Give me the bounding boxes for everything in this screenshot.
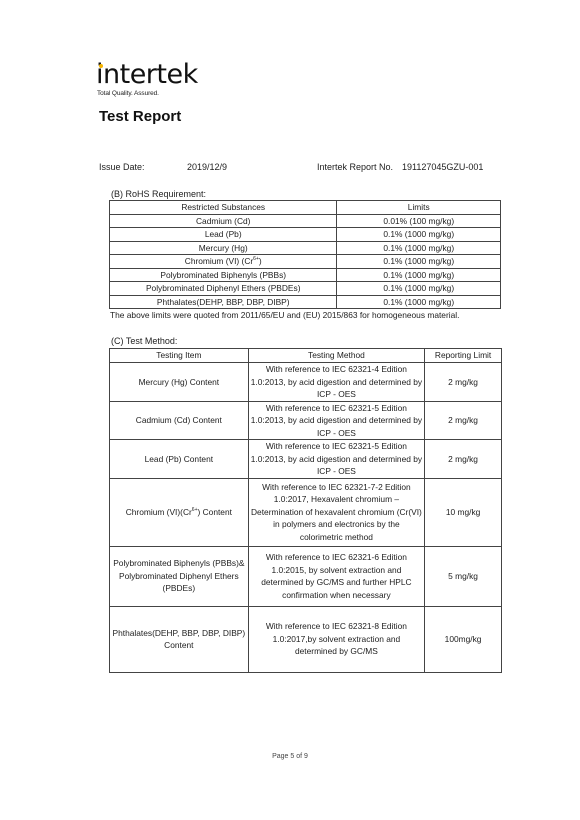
cell-text: Chromium (VI) (Cr — [185, 256, 253, 266]
report-no: 191127045GZU-001 — [402, 162, 483, 172]
method-section-label: (C) Test Method: — [111, 336, 177, 346]
test-method-table: Testing Item Testing Method Reporting Li… — [109, 348, 502, 673]
reporting-limit-cell: 5 mg/kg — [425, 546, 502, 606]
testing-item-cell: Lead (Pb) Content — [110, 440, 249, 479]
table-row: Chromium (VI)(Cr6+) ContentWith referenc… — [110, 478, 502, 546]
report-no-label: Intertek Report No. — [317, 162, 393, 172]
cell-text: Chromium (VI)(Cr — [126, 507, 192, 517]
logo-accent-dot — [99, 64, 103, 68]
substance-cell: Mercury (Hg) — [110, 241, 337, 255]
table-row: Polybrominated Biphenyls (PBBs)0.1% (100… — [110, 268, 501, 282]
rohs-section-label: (B) RoHS Requirement: — [111, 189, 206, 199]
cell-text: ) — [259, 256, 262, 266]
table-row: Mercury (Hg)0.1% (1000 mg/kg) — [110, 241, 501, 255]
reporting-limit-cell: 2 mg/kg — [425, 440, 502, 479]
testing-method-cell: With reference to IEC 62321-5 Edition 1.… — [248, 440, 424, 479]
table-row: Cadmium (Cd) ContentWith reference to IE… — [110, 401, 502, 440]
testing-method-cell: With reference to IEC 62321-8 Edition 1.… — [248, 606, 424, 672]
testing-item-cell: Chromium (VI)(Cr6+) Content — [110, 478, 249, 546]
table-row: Mercury (Hg) ContentWith reference to IE… — [110, 363, 502, 402]
testing-item-cell: Mercury (Hg) Content — [110, 363, 249, 402]
limit-cell: 0.1% (1000 mg/kg) — [337, 295, 501, 309]
substance-cell: Cadmium (Cd) — [110, 214, 337, 228]
table-row: Phthalates(DEHP, BBP, DBP, DIBP)0.1% (10… — [110, 295, 501, 309]
reporting-limit-cell: 2 mg/kg — [425, 363, 502, 402]
substance-cell: Chromium (VI) (Cr6+) — [110, 255, 337, 269]
column-header: Testing Method — [248, 349, 424, 363]
substance-cell: Phthalates(DEHP, BBP, DBP, DIBP) — [110, 295, 337, 309]
issue-date: 2019/12/9 — [187, 162, 227, 172]
limit-cell: 0.1% (1000 mg/kg) — [337, 268, 501, 282]
testing-method-cell: With reference to IEC 62321-6 Edition 1.… — [248, 546, 424, 606]
table-row: Lead (Pb) ContentWith reference to IEC 6… — [110, 440, 502, 479]
page-title: Test Report — [99, 108, 181, 125]
column-header: Reporting Limit — [425, 349, 502, 363]
limit-cell: 0.1% (1000 mg/kg) — [337, 228, 501, 242]
testing-item-cell: Polybrominated Biphenyls (PBBs)& Polybro… — [110, 546, 249, 606]
testing-item-cell: Cadmium (Cd) Content — [110, 401, 249, 440]
column-header: Limits — [337, 201, 501, 215]
column-header: Restricted Substances — [110, 201, 337, 215]
testing-item-cell: Phthalates(DEHP, BBP, DBP, DIBP) Content — [110, 606, 249, 672]
substance-cell: Polybrominated Biphenyls (PBBs) — [110, 268, 337, 282]
limits-note: The above limits were quoted from 2011/6… — [110, 310, 459, 320]
substance-cell: Lead (Pb) — [110, 228, 337, 242]
rohs-table: Restricted Substances Limits Cadmium (Cd… — [109, 200, 501, 309]
table-row: Polybrominated Diphenyl Ethers (PBDEs)0.… — [110, 282, 501, 296]
logo: intertek — [96, 60, 198, 90]
reporting-limit-cell: 2 mg/kg — [425, 401, 502, 440]
table-row: Polybrominated Biphenyls (PBBs)& Polybro… — [110, 546, 502, 606]
reporting-limit-cell: 100mg/kg — [425, 606, 502, 672]
reporting-limit-cell: 10 mg/kg — [425, 478, 502, 546]
limit-cell: 0.1% (1000 mg/kg) — [337, 255, 501, 269]
table-row: Chromium (VI) (Cr6+)0.1% (1000 mg/kg) — [110, 255, 501, 269]
limit-cell: 0.1% (1000 mg/kg) — [337, 282, 501, 296]
table-row: Lead (Pb)0.1% (1000 mg/kg) — [110, 228, 501, 242]
testing-method-cell: With reference to IEC 62321-5 Edition 1.… — [248, 401, 424, 440]
substance-cell: Polybrominated Diphenyl Ethers (PBDEs) — [110, 282, 337, 296]
table-row: Cadmium (Cd)0.01% (100 mg/kg) — [110, 214, 501, 228]
column-header: Testing Item — [110, 349, 249, 363]
logo-tagline: Total Quality. Assured. — [97, 90, 159, 97]
issue-date-label: Issue Date: — [99, 162, 145, 172]
table-row: Phthalates(DEHP, BBP, DBP, DIBP) Content… — [110, 606, 502, 672]
page-number: Page 5 of 9 — [0, 753, 580, 760]
testing-method-cell: With reference to IEC 62321-7-2 Edition … — [248, 478, 424, 546]
limit-cell: 0.01% (100 mg/kg) — [337, 214, 501, 228]
cell-text: ) Content — [198, 507, 232, 517]
testing-method-cell: With reference to IEC 62321-4 Edition 1.… — [248, 363, 424, 402]
limit-cell: 0.1% (1000 mg/kg) — [337, 241, 501, 255]
